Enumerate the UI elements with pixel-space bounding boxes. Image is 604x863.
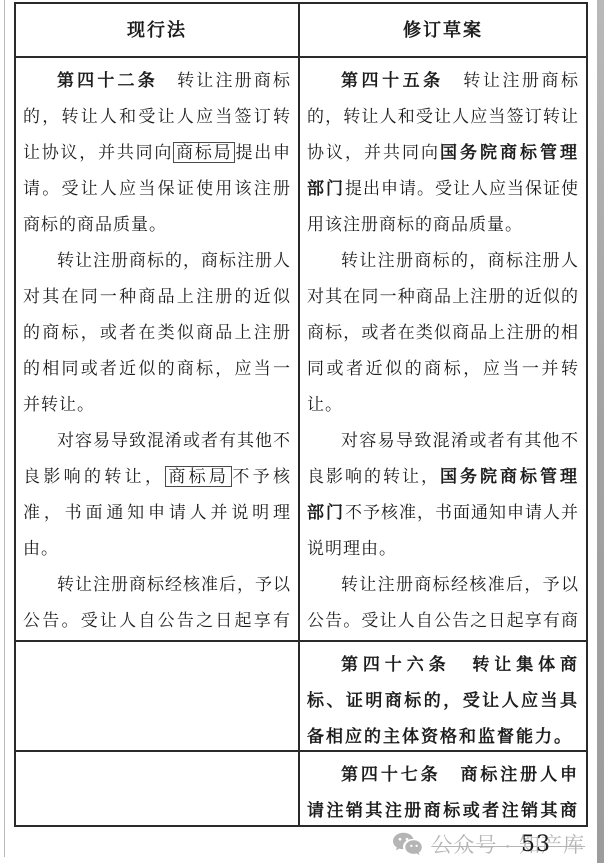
- paragraph: 转让注册商标经核准后，予以公告。受让人自公告之日起享有商标专用权。: [23, 567, 291, 640]
- cell-current-law-empty-1: [16, 642, 300, 750]
- paragraph: 第四十六条 转让集体商标、证明商标的，受让人应当具备相应的主体资格和监督能力。: [307, 647, 579, 750]
- header-draft-revision: 修订草案: [300, 4, 586, 56]
- paragraph: 第四十七条 商标注册人申请注销其注册商标或者注销其商标在: [307, 757, 579, 825]
- paragraph: 转让注册商标的，商标注册人对其在同一种商品上注册的近似的商标，或者在类似商品上注…: [307, 243, 579, 423]
- cell-current-law-empty-2: [16, 752, 300, 825]
- cell-draft-article-46: 第四十六条 转让集体商标、证明商标的，受让人应当具备相应的主体资格和监督能力。: [300, 642, 586, 750]
- table-header-row: 现行法 修订草案: [16, 4, 586, 56]
- cell-draft-article-47: 第四十七条 商标注册人申请注销其注册商标或者注销其商标在: [300, 752, 586, 825]
- paragraph: 第四十二条 转让注册商标的，转让人和受让人应当签订转让协议，并共同向商标局提出申…: [23, 63, 291, 243]
- header-current-law: 现行法: [16, 4, 300, 56]
- page-left-edge-line: [4, 0, 5, 857]
- watermark: 公众号 · 知产库: [392, 829, 585, 859]
- page-number: 53: [521, 832, 551, 857]
- table-row-article-46: 第四十六条 转让集体商标、证明商标的，受让人应当具备相应的主体资格和监督能力。: [16, 640, 586, 750]
- watermark-text: 公众号 · 知产库: [431, 829, 585, 859]
- paragraph: 对容易导致混淆或者有其他不良影响的转让，商标局不予核准，书面通知申请人并说明理由…: [23, 423, 291, 567]
- paragraph: 转让注册商标的，商标注册人对其在同一种商品上注册的近似的商标，或者在类似商品上注…: [23, 243, 291, 423]
- page-right-edge-shadow: [597, 0, 604, 863]
- paragraph: 转让注册商标经核准后，予以公告。受让人自公告之日起享有商标专用权。: [307, 567, 579, 640]
- scanned-document-page: 现行法 修订草案 第四十二条 转让注册商标的，转让人和受让人应当签订转让协议，并…: [0, 0, 604, 863]
- cell-draft-article-45: 第四十五条 转让注册商标的，转让人和受让人应当签订转让协议，并共同向国务院商标管…: [300, 58, 586, 640]
- table-row-article-42-45: 第四十二条 转让注册商标的，转让人和受让人应当签订转让协议，并共同向商标局提出申…: [16, 56, 586, 640]
- wechat-icon: [392, 832, 424, 857]
- paragraph: 第四十五条 转让注册商标的，转让人和受让人应当签订转让协议，并共同向国务院商标管…: [307, 63, 579, 243]
- cell-current-law-article-42: 第四十二条 转让注册商标的，转让人和受让人应当签订转让协议，并共同向商标局提出申…: [16, 58, 300, 640]
- law-comparison-table: 现行法 修订草案 第四十二条 转让注册商标的，转让人和受让人应当签订转让协议，并…: [14, 2, 588, 827]
- table-row-article-47: 第四十七条 商标注册人申请注销其注册商标或者注销其商标在: [16, 750, 586, 825]
- paragraph: 对容易导致混淆或者有其他不良影响的转让，国务院商标管理部门不予核准，书面通知申请…: [307, 423, 579, 567]
